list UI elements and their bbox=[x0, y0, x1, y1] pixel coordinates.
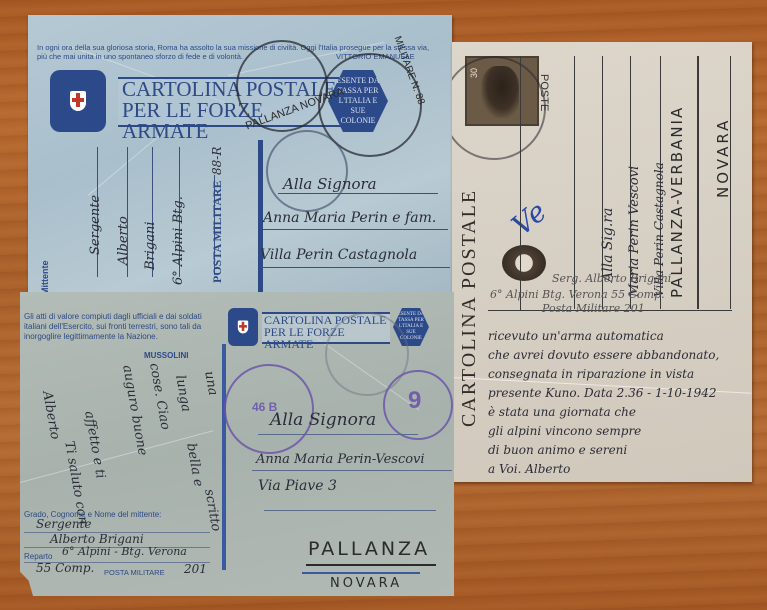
message-right-col: scritto bbox=[201, 488, 223, 533]
message-line: consegnata in riparazione in vista bbox=[488, 365, 750, 384]
recipient-line-2: Anna Maria Perin e fam. bbox=[263, 210, 436, 226]
message-right-col: bella e bbox=[183, 442, 205, 488]
divider-line bbox=[222, 344, 226, 570]
sender-line-2: 6° Alpini Btg. Verona 55 Comp. bbox=[490, 288, 665, 301]
censor-stamp bbox=[266, 130, 348, 212]
sender-handwriting: 6° Alpini Btg. bbox=[171, 196, 186, 285]
sender-handwriting: Sergente bbox=[88, 195, 103, 255]
message-left-col: cose. Ciao bbox=[146, 362, 172, 431]
sender-label: Mittente bbox=[40, 261, 50, 296]
savoy-crest-icon bbox=[228, 308, 258, 346]
message-left-col: affetto e ti bbox=[81, 410, 108, 480]
violet-stamp-number: 9 bbox=[408, 387, 421, 415]
message-line: di buon animo e sereni bbox=[488, 441, 750, 460]
message-left-col: auguro buone bbox=[119, 364, 150, 457]
sender-line-1: Serg. Alberto Brigani bbox=[552, 272, 671, 285]
address-line-4: PALLANZA-VERBANIA bbox=[668, 106, 686, 298]
sender-grade: Sergente bbox=[36, 517, 92, 531]
sender-handwriting: Alberto bbox=[116, 216, 131, 265]
savoy-crest-icon bbox=[50, 70, 106, 132]
company: 55 Comp. bbox=[36, 561, 94, 575]
posta-militare-number: 88-R bbox=[210, 147, 224, 175]
message-line: è stata una giornata che bbox=[488, 403, 750, 422]
recipient-line-1: Alla Signora bbox=[283, 175, 377, 193]
sender-line-3: Posta Militare 201 bbox=[542, 302, 645, 315]
savoy-crest-icon bbox=[502, 245, 546, 281]
reparto-label: Reparto bbox=[24, 552, 52, 561]
recipient-line-3: Via Piave 3 bbox=[258, 478, 337, 494]
recipient-line-1: Alla Signora bbox=[270, 410, 376, 430]
postcard-bottom: Gli atti di valore compiuti dagli uffici… bbox=[20, 292, 454, 596]
message-right-col: una bbox=[201, 370, 220, 397]
message-line: presente Kuno. Data 2.36 - 1-10-1942 bbox=[488, 384, 750, 403]
message-line: che avrei dovuto essere abbandonato, bbox=[488, 346, 750, 365]
recipient-line-3: Villa Perin Castagnola bbox=[260, 247, 417, 263]
sender-handwriting: Brigani bbox=[143, 221, 158, 270]
message-right-col: lunga bbox=[172, 374, 193, 413]
postmark-poste bbox=[452, 56, 546, 160]
reparto-value: 6° Alpini - Btg. Verona bbox=[62, 545, 187, 558]
message-line: a Voi. Alberto bbox=[488, 460, 750, 479]
recipient-province: NOVARA bbox=[330, 576, 402, 591]
message-left-col: Alberto bbox=[39, 390, 62, 441]
posta-militare-number: 201 bbox=[184, 562, 207, 576]
postcard-top-left: In ogni ora della sua gloriosa storia, R… bbox=[28, 15, 452, 300]
posta-militare-label: POSTA MILITARE bbox=[210, 180, 225, 283]
sender-name: Alberto Brigani bbox=[50, 532, 144, 546]
message-line: ricevuto un'arma automatica bbox=[488, 327, 750, 346]
quote-author: MUSSOLINI bbox=[144, 351, 188, 360]
posta-militare-label: POSTA MILITARE bbox=[104, 568, 165, 577]
postcard-right: 30 POSTE CARTOLINA POSTALE Ve Alla Sig.r… bbox=[452, 42, 752, 482]
card-title: CARTOLINA POSTALE bbox=[458, 189, 481, 427]
message-body: ricevuto un'arma automatica che avrei do… bbox=[488, 327, 750, 479]
postmark-text: POSTE bbox=[538, 74, 550, 111]
signature-mark: Ve bbox=[505, 195, 552, 242]
message-line: gli alpini vincono sempre bbox=[488, 422, 750, 441]
address-line-5: NOVARA bbox=[714, 118, 732, 198]
recipient-line-2: Anna Maria Perin-Vescovi bbox=[256, 452, 425, 467]
quote-text: Gli atti di valore compiuti dagli uffici… bbox=[24, 312, 206, 342]
address-line-1: Alla Sig.ra bbox=[600, 208, 616, 282]
recipient-city: PALLANZA bbox=[308, 538, 430, 560]
